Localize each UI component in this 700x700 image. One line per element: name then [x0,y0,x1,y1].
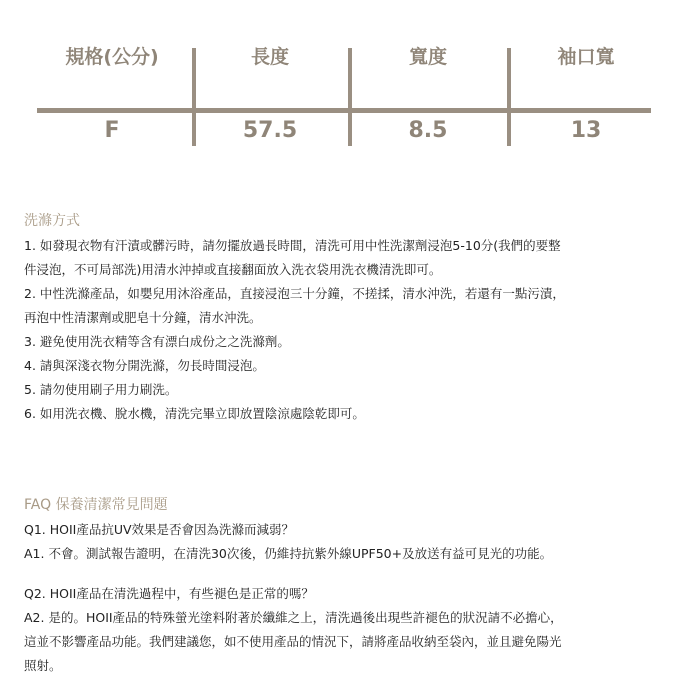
table-header: 規格(公分) [37,42,187,69]
table-cell: 8.5 [353,116,503,146]
table-header: 寬度 [353,42,503,69]
faq-question: Q1. HOII產品抗UV效果是否會因為洗滌而減弱？ [24,520,294,538]
table-divider [37,108,651,113]
table-header: 長度 [195,42,345,69]
washing-line: 3. 避免使用洗衣精等含有漂白成份之之洗滌劑。 [24,332,290,350]
faq-answer: A2. 是的。HOII產品的特殊螢光塗料附著於纖維之上，清洗過後出現些許褪色的狀… [24,608,563,626]
washing-line: 6. 如用洗衣機、脫水機，清洗完畢立即放置陰涼處陰乾即可。 [24,404,365,422]
faq-answer: 照射。 [24,656,62,674]
washing-line: 2. 中性洗滌產品，如嬰兒用沐浴產品，直接浸泡三十分鐘，不搓揉，清水沖洗，若還有… [24,284,565,302]
washing-line: 5. 請勿使用刷子用力刷洗。 [24,380,177,398]
faq-title: FAQ 保養清潔常見問題 [24,494,168,514]
washing-title: 洗滌方式 [24,210,80,230]
table-cell: F [37,116,187,146]
table-header: 袖口寬 [511,42,661,69]
washing-line: 1. 如發現衣物有汗漬或髒污時，請勿擺放過長時間，清洗可用中性洗潔劑浸泡5-10… [24,236,561,254]
faq-answer: 這並不影響產品功能。我們建議您，如不使用產品的情況下，請將產品收納至袋內，並且避… [24,632,562,650]
washing-line: 4. 請與深淺衣物分開洗滌，勿長時間浸泡。 [24,356,265,374]
washing-line: 件浸泡，不可局部洗)用清水沖掉或直接翻面放入洗衣袋用洗衣機清洗即可。 [24,260,441,278]
faq-question: Q2. HOII產品在清洗過程中，有些褪色是正常的嗎？ [24,584,314,602]
table-cell: 13 [511,116,661,146]
size-table: 規格(公分) 長度 寬度 袖口寬 F 57.5 8.5 13 [37,36,651,146]
faq-answer: A1. 不會。測試報告證明，在清洗30次後，仍維持抗紫外線UPF50+及放送有益… [24,544,552,562]
table-divider [348,48,352,146]
table-cell: 57.5 [195,116,345,146]
washing-line: 再泡中性清潔劑或肥皂十分鐘，清水沖洗。 [24,308,262,326]
